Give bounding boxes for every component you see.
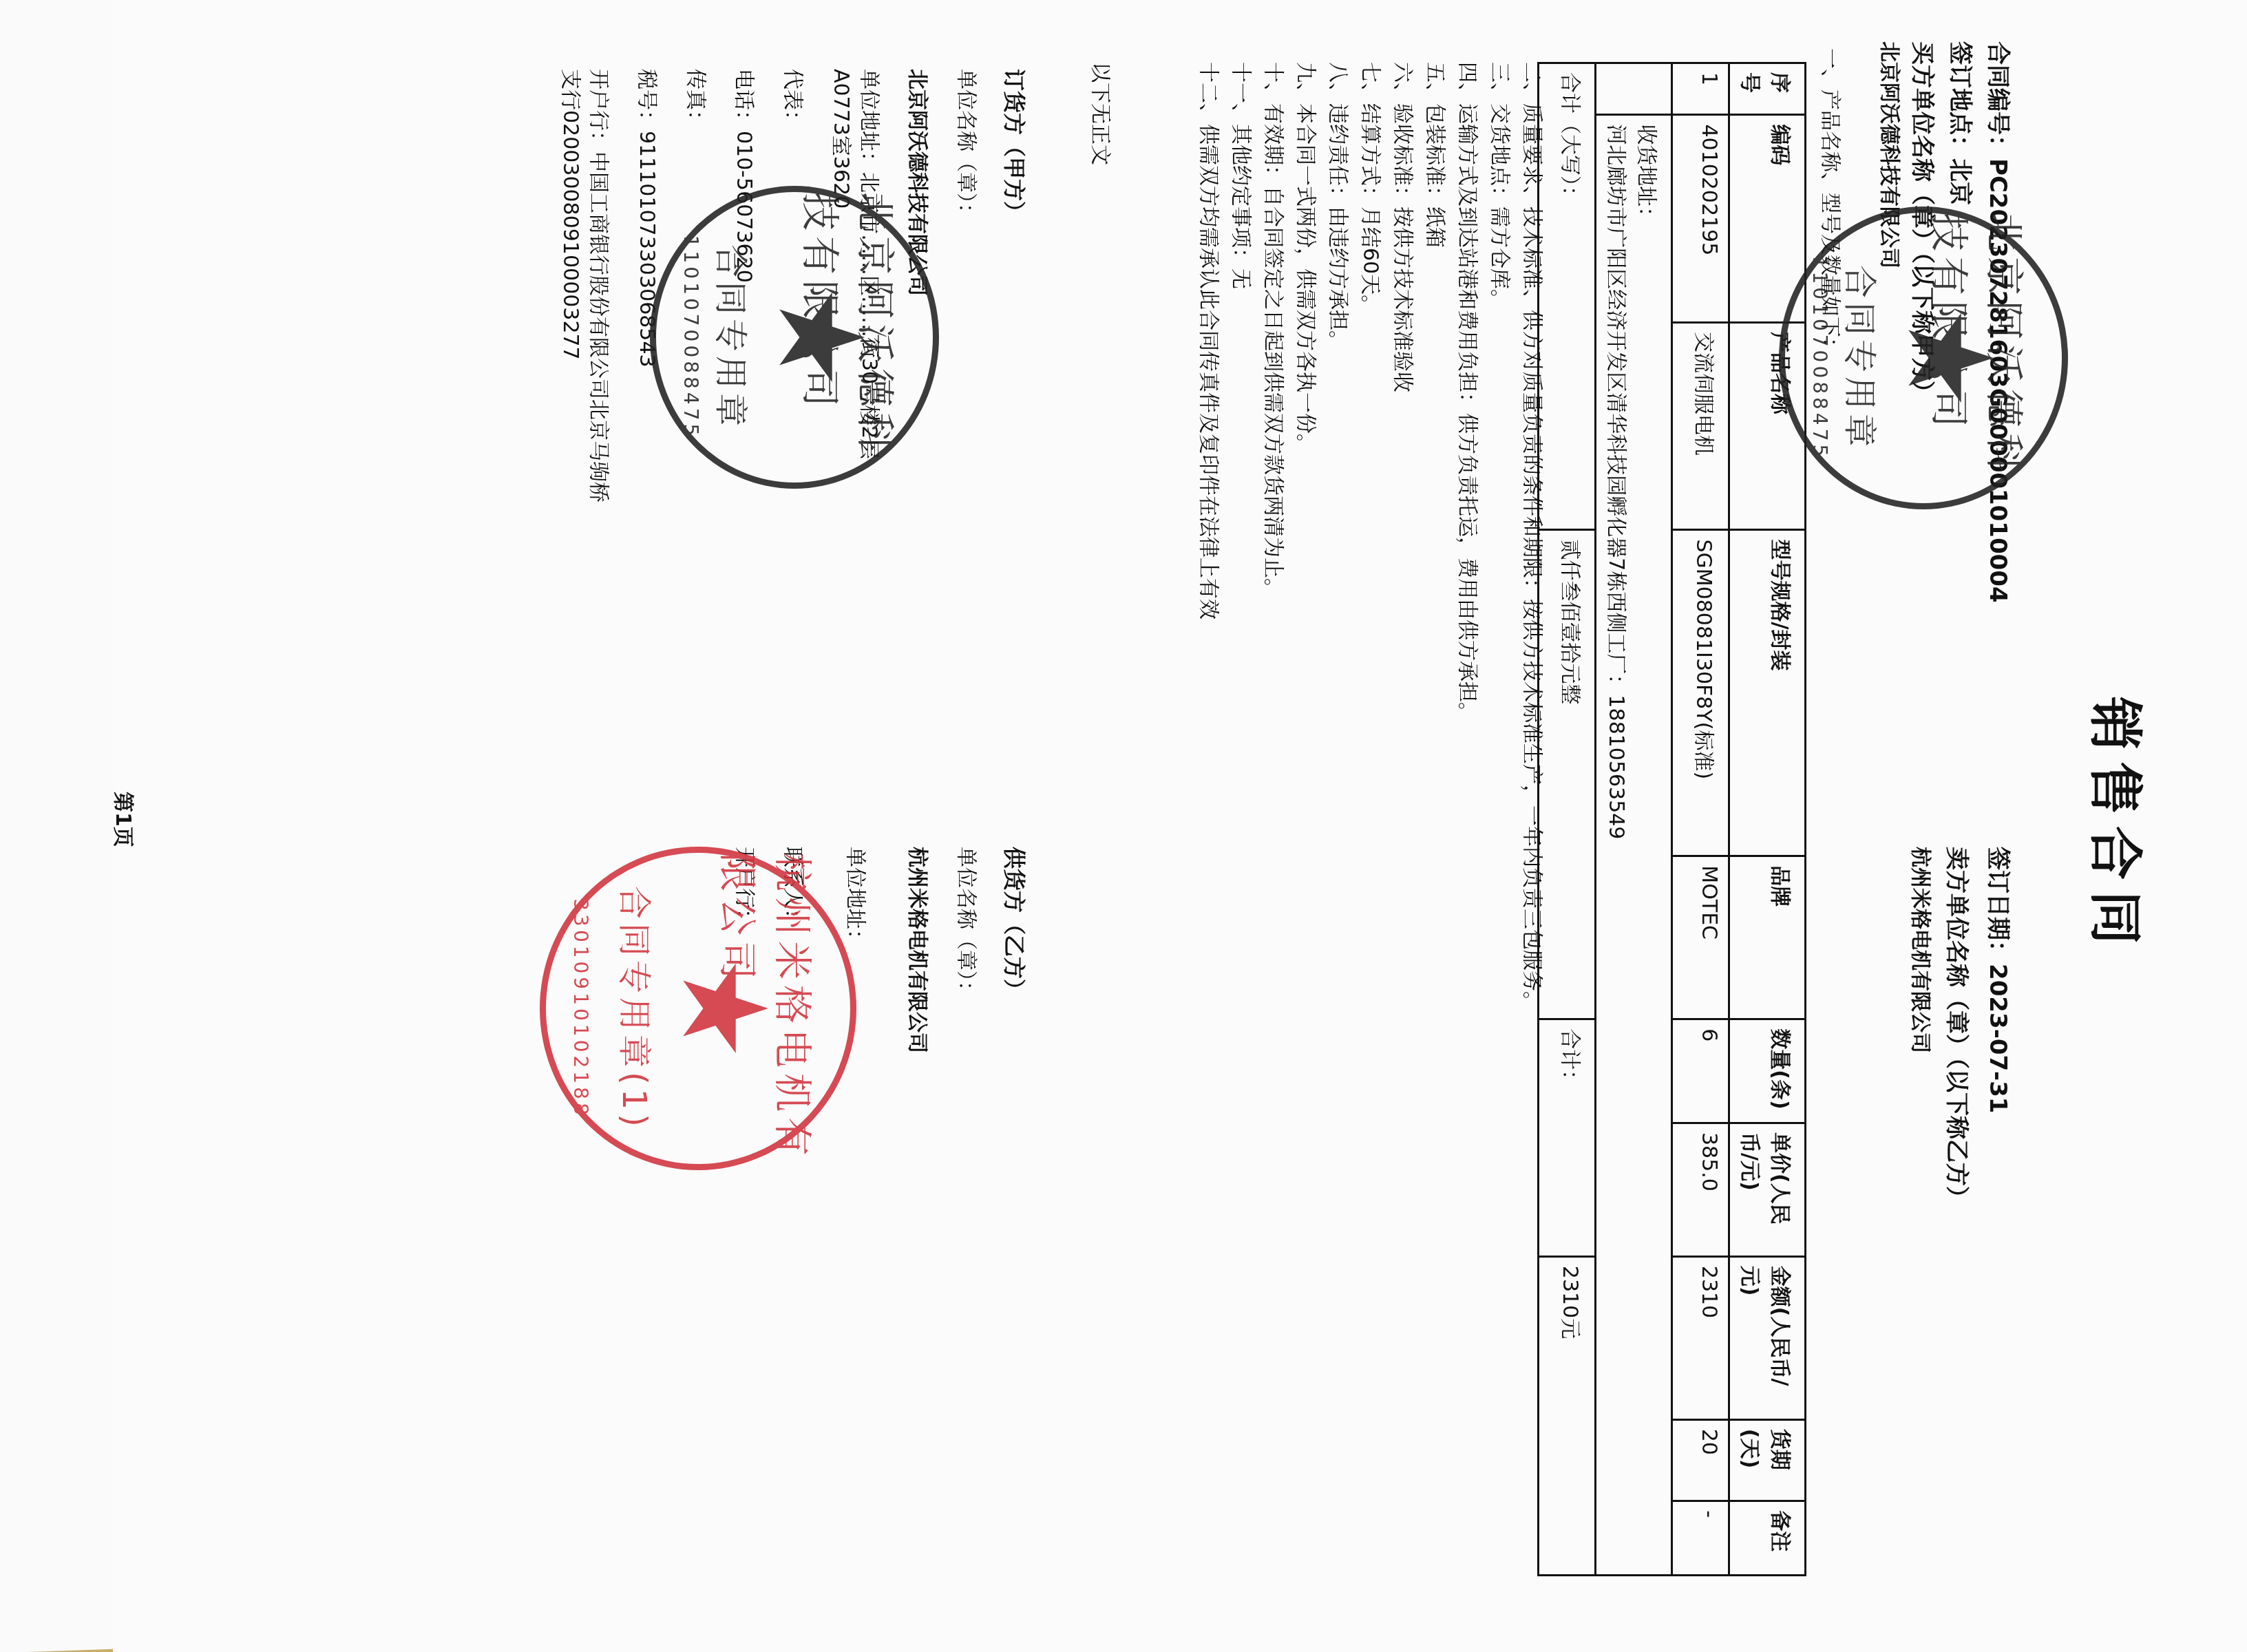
buyer-address: 单位地址：北京市……区……街30号楼2层A0773室3620	[827, 69, 883, 509]
header-remark: 备注	[1729, 1501, 1806, 1576]
sign-place-value: 北京	[1946, 158, 1974, 205]
buyer-company-name: 北京阿沃德科技有限公司	[903, 69, 931, 509]
buyer-tax-number: 税号：91110107330306854​3	[633, 69, 661, 509]
sign-place: 签订地点：北京	[1948, 41, 1972, 205]
section-one-heading: 一、产品名称、型号及数量如下：	[1817, 48, 1848, 358]
sales-contract: 销售合同 合同编号：PC202307281603G000001010004 签订…	[113, 0, 2247, 1652]
end-of-text-note: 以下无正文	[1088, 62, 1118, 165]
term-item: 八、违约责任：由违约方承担。	[1322, 62, 1354, 1012]
contract-number: 合同编号：PC202307281603G000001010004	[1986, 41, 2009, 603]
total-value: 2310元	[1539, 1256, 1596, 1575]
term-item: 六、验收标准：按供方技术标准验收	[1386, 62, 1419, 1012]
seller-name: 杭州米格电机有限公司	[1910, 847, 1930, 1053]
header-amount: 金额(人民币/元)	[1729, 1256, 1806, 1419]
sign-date: 签订日期：2023-07-31	[1986, 847, 2009, 1113]
seller-contact-label: 联系人：	[779, 847, 807, 1287]
buyer-phone: 电话：010-56073620	[730, 69, 758, 509]
buyer-name-label: 单位名称（章）：	[951, 69, 980, 509]
seller-name-label: 单位名称（章）：	[951, 847, 980, 1287]
seal-number: 3301091010218​8	[569, 898, 592, 1118]
header-unit-price: 单价(人民币/元)	[1729, 1123, 1806, 1257]
sign-date-value: 2023-07-31	[1984, 964, 2012, 1113]
buyer-representative: 代表：	[778, 69, 806, 509]
buyer-heading: 订货方（甲方）	[999, 69, 1028, 509]
term-item: 三、交货地点：需方仓库。	[1484, 62, 1516, 1012]
term-item: 十、有效期：自合同签定之日起到供需双方款货两清为止。	[1257, 62, 1289, 1012]
term-item: 二、质量要求、技术标准、供方对质量负责的条件和期限：按供方技术标准生产，一年内负…	[1516, 62, 1548, 1012]
buyer-bank: 开户行：中国工商银行股份有限公司北京马驹桥支行02003008091000032…	[556, 69, 612, 509]
sign-place-label: 签订地点：	[1946, 41, 1974, 158]
cell-seq: 1	[1672, 63, 1729, 115]
header-seq: 序号	[1729, 63, 1806, 115]
term-item: 四、运输方式及到达站港和费用负担：供方负责托运，费用由供方承担。	[1451, 62, 1484, 1012]
seal-purpose: 合同专用章(1)	[614, 886, 662, 1131]
buyer-label: 买方单位名称（章）（以下称甲方）	[1910, 41, 1934, 404]
header-quantity: 数量(条)	[1729, 1019, 1806, 1123]
seller-bank-label: 开户行：	[730, 847, 758, 1287]
cell-lead-time: 20	[1672, 1419, 1729, 1501]
delivery-address-label: 收货地址：	[1634, 124, 1664, 1566]
header-code: 编码	[1729, 115, 1806, 323]
term-item: 十一、其他约定事项：无	[1225, 62, 1257, 1012]
contract-number-value: PC202307281603G000001010004	[1984, 158, 2012, 603]
header-model-spec: 型号规格/封装	[1729, 530, 1806, 856]
term-item: 十二、供需双方均需承认此合同传真件及复印件在法律上有效	[1192, 62, 1225, 1012]
cell-quantity: 6	[1672, 1019, 1729, 1123]
photo-stage: 销售合同 合同编号：PC202307281603G000001010004 签订…	[0, 0, 2247, 1652]
document-title: 销售合同	[2080, 0, 2158, 1652]
buyer-signature-block: 订货方（甲方） 单位名称（章）： 北京阿沃德科技有限公司 单位地址：北京市……区…	[536, 69, 1028, 509]
cell-unit-price: 385.0	[1672, 1123, 1729, 1257]
header-product-name: 产品名称	[1729, 322, 1806, 530]
cell-remark: -	[1672, 1501, 1729, 1576]
buyer-fax: 传真：	[681, 69, 709, 509]
seller-address-label: 单位地址：	[841, 847, 869, 1287]
term-item: 九、本合同一式两份，供需双方各执一份。	[1289, 62, 1322, 1012]
buyer-name: 北京阿沃德科技有限公司	[1879, 41, 1899, 268]
header-brand: 品牌	[1729, 856, 1806, 1019]
cell-product-name: 交流伺服电机	[1672, 322, 1729, 530]
seller-company-name: 杭州米格电机有限公司	[903, 847, 931, 1287]
seller-signature-block: 供货方（乙方） 单位名称（章）： 杭州米格电机有限公司 单位地址： 联系人： 开…	[709, 847, 1028, 1287]
cell-brand: MOTEC	[1672, 856, 1729, 1019]
cell-code: 4010202195	[1672, 115, 1729, 323]
header-lead-time: 货期(天)	[1729, 1419, 1806, 1501]
contract-terms: 二、质量要求、技术标准、供方对质量负责的条件和期限：按供方技术标准生产，一年内负…	[1192, 62, 1548, 1012]
delivery-address-spacer	[1596, 63, 1672, 115]
seal-company-name: 北京阿沃德科技有限公司	[1924, 213, 2034, 503]
delivery-address-value: 河北廊坊市广阳区经济开发区清华科技园孵化器7栋西侧工厂：18810563549	[1603, 124, 1634, 1566]
delivery-address-cell: 收货地址： 河北廊坊市广阳区经济开发区清华科技园孵化器7栋西侧工厂：188105…	[1596, 115, 1672, 1576]
table-row: 1 4010202195 交流伺服电机 SGM08081I30F8Y(标准) M…	[1672, 63, 1729, 1576]
delivery-address-row: 收货地址： 河北廊坊市广阳区经济开发区清华科技园孵化器7栋西侧工厂：188105…	[1596, 63, 1672, 1576]
table-header-row: 序号 编码 产品名称 型号规格/封装 品牌 数量(条) 单价(人民币/元) 金额…	[1729, 63, 1806, 1576]
seller-label: 卖方单位名称（章）（以下称乙方）	[1945, 847, 1968, 1209]
total-label: 合计：	[1539, 1019, 1596, 1257]
product-table: 序号 编码 产品名称 型号规格/封装 品牌 数量(条) 单价(人民币/元) 金额…	[1537, 62, 1806, 1576]
term-item: 七、结算方式：月结60天。	[1354, 62, 1386, 1012]
contract-number-label: 合同编号：	[1984, 41, 2012, 158]
contract-paper: 销售合同 合同编号：PC202307281603G000001010004 签订…	[113, 0, 2247, 1652]
seller-heading: 供货方（乙方）	[999, 847, 1028, 1287]
cell-amount: 2310	[1672, 1256, 1729, 1419]
sign-date-label: 签订日期：	[1984, 847, 2012, 964]
cell-model-spec: SGM08081I30F8Y(标准)	[1672, 530, 1729, 856]
term-item: 五、包装标准：纸箱	[1419, 62, 1451, 1012]
page-number: 第1页	[110, 792, 140, 847]
